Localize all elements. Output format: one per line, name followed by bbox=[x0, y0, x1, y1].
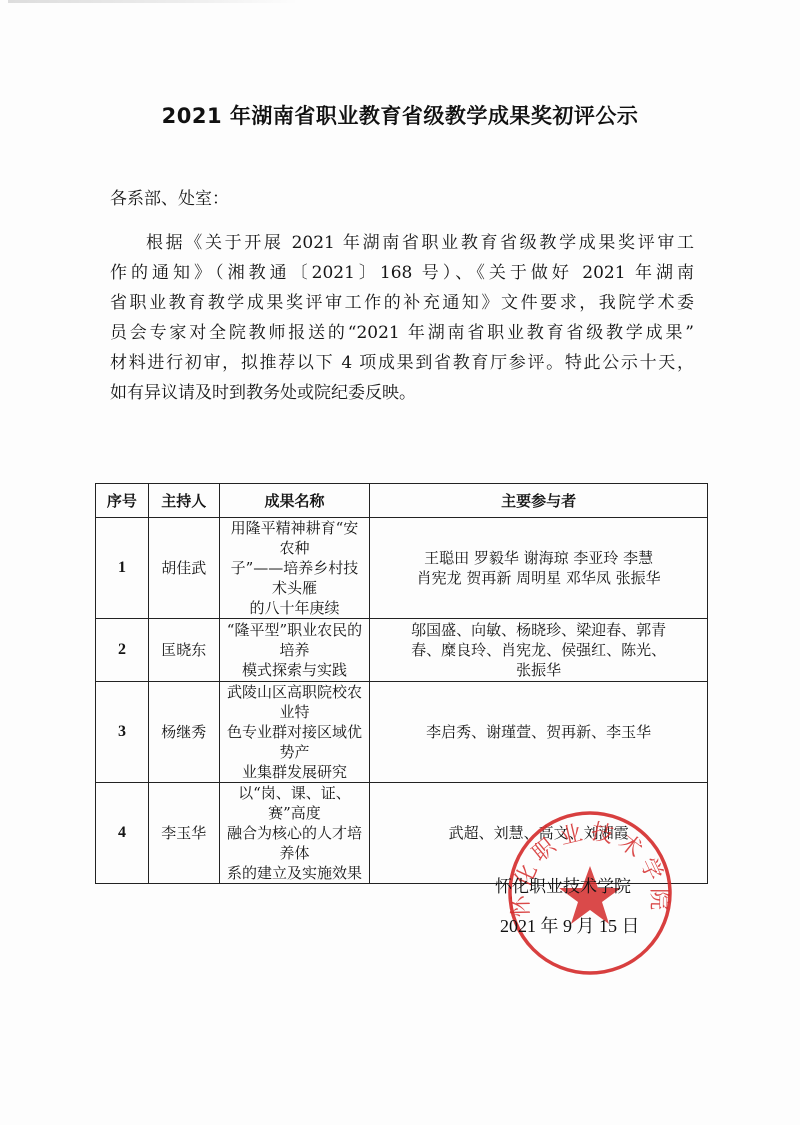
row-no: 2 bbox=[96, 619, 149, 682]
title-line: 以“岗、课、证、赛”高度 bbox=[224, 783, 366, 823]
participants-line: 邬国盛、向敏、杨晓珍、梁迎春、郭青 bbox=[374, 620, 703, 640]
body-line: 员会专家对全院教师报送的“2021 年湖南省职业教育省级教学成果” bbox=[110, 318, 694, 348]
header-no: 序号 bbox=[96, 484, 149, 518]
salutation: 各系部、处室： bbox=[110, 184, 229, 209]
body-line: 省职业教育教学成果奖评审工作的补充通知》文件要求，我院学术委 bbox=[110, 288, 694, 318]
row-no: 4 bbox=[96, 783, 149, 884]
table-row: 2 匡晓东 “隆平型”职业农民的培养 模式探索与实践 邬国盛、向敏、杨晓珍、梁迎… bbox=[96, 619, 708, 682]
row-title: 用隆平精神耕育“安农种 子”——培养乡村技术头雁 的八十年庚续 bbox=[219, 518, 370, 619]
document-title: 2021 年湖南省职业教育省级教学成果奖初评公示 bbox=[0, 100, 800, 130]
title-line: “隆平型”职业农民的培养 bbox=[224, 620, 366, 660]
issuer-name: 怀化职业技术学院 bbox=[495, 872, 631, 897]
header-title: 成果名称 bbox=[219, 484, 370, 518]
title-line: 的八十年庚续 bbox=[224, 598, 366, 618]
row-no: 1 bbox=[96, 518, 149, 619]
title-line: 业集群发展研究 bbox=[224, 762, 366, 782]
row-title: 武陵山区高职院校农业特 色专业群对接区域优势产 业集群发展研究 bbox=[219, 682, 370, 783]
participants-line: 王聪田 罗毅华 谢海琼 李亚玲 李慧 bbox=[374, 548, 703, 568]
body-paragraph: 根据《关于开展 2021 年湖南省职业教育省级教学成果奖评审工 作的通知》（湘教… bbox=[110, 228, 694, 408]
row-title: “隆平型”职业农民的培养 模式探索与实践 bbox=[219, 619, 370, 682]
participants-line: 春、糜良玲、肖宪龙、侯强红、陈光、 bbox=[374, 640, 703, 660]
row-no: 3 bbox=[96, 682, 149, 783]
document-page: 2021 年湖南省职业教育省级教学成果奖初评公示 各系部、处室： 根据《关于开展… bbox=[0, 0, 800, 1125]
participants-line: 肖宪龙 贺再新 周明星 邓华凤 张振华 bbox=[374, 568, 703, 588]
title-line: 武陵山区高职院校农业特 bbox=[224, 682, 366, 722]
row-title: 以“岗、课、证、赛”高度 融合为核心的人才培养体 系的建立及实施效果 bbox=[219, 783, 370, 884]
row-host: 杨继秀 bbox=[148, 682, 219, 783]
title-line: 色专业群对接区域优势产 bbox=[224, 722, 366, 762]
participants-line: 张振华 bbox=[374, 660, 703, 680]
row-participants: 王聪田 罗毅华 谢海琼 李亚玲 李慧 肖宪龙 贺再新 周明星 邓华凤 张振华 bbox=[370, 518, 708, 619]
scan-artifact bbox=[8, 0, 298, 3]
table-row: 3 杨继秀 武陵山区高职院校农业特 色专业群对接区域优势产 业集群发展研究 李启… bbox=[96, 682, 708, 783]
body-line: 如有异议请及时到教务处或院纪委反映。 bbox=[110, 378, 694, 408]
title-line: 子”——培养乡村技术头雁 bbox=[224, 558, 366, 598]
header-host: 主持人 bbox=[148, 484, 219, 518]
row-host: 胡佳武 bbox=[148, 518, 219, 619]
header-participants: 主要参与者 bbox=[370, 484, 708, 518]
row-participants: 李启秀、谢瑾萱、贺再新、李玉华 bbox=[370, 682, 708, 783]
issue-date: 2021 年 9 月 15 日 bbox=[500, 912, 640, 938]
body-line: 材料进行初审，拟推荐以下 4 项成果到省教育厅参评。特此公示十天， bbox=[110, 348, 694, 378]
row-host: 李玉华 bbox=[148, 783, 219, 884]
title-line: 融合为核心的人才培养体 bbox=[224, 823, 366, 863]
row-host: 匡晓东 bbox=[148, 619, 219, 682]
title-line: 模式探索与实践 bbox=[224, 660, 366, 680]
row-participants: 邬国盛、向敏、杨晓珍、梁迎春、郭青 春、糜良玲、肖宪龙、侯强红、陈光、 张振华 bbox=[370, 619, 708, 682]
table-row: 1 胡佳武 用隆平精神耕育“安农种 子”——培养乡村技术头雁 的八十年庚续 王聪… bbox=[96, 518, 708, 619]
participants-line: 李启秀、谢瑾萱、贺再新、李玉华 bbox=[374, 722, 703, 742]
body-line: 根据《关于开展 2021 年湖南省职业教育省级教学成果奖评审工 bbox=[110, 228, 694, 258]
body-line: 作的通知》（湘教通〔2021〕168 号）、《关于做好 2021 年湖南 bbox=[110, 258, 694, 288]
table-header-row: 序号 主持人 成果名称 主要参与者 bbox=[96, 484, 708, 518]
title-line: 用隆平精神耕育“安农种 bbox=[224, 518, 366, 558]
title-line: 系的建立及实施效果 bbox=[224, 863, 366, 883]
